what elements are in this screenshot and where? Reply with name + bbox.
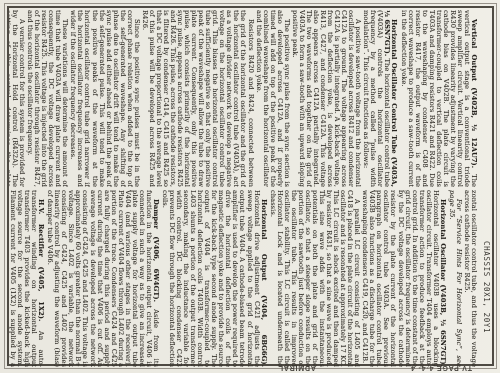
paragraph-text: A parallel LC circuit consisting of L405…	[269, 190, 362, 367]
paragraph-damper: Damper (V406, 6W4GT). Aside from its fun…	[46, 190, 159, 367]
paragraph-text: Resistors R420 and R424, connected betwe…	[141, 10, 255, 187]
chassis-label: CHASSIS 20X1, 20Y1	[482, 241, 491, 361]
paragraph-variations: These variations will determine the amou…	[26, 10, 68, 187]
paragraph-text: A vernier control for this system is pro…	[9, 10, 26, 187]
paragraph-positive-sync-pulse: The positive sync pulse from the sync se…	[255, 10, 290, 187]
paragraph-horizontal-output: Horizontal Output (V404, 6BG6G). Horizon…	[161, 190, 267, 367]
paragraph-text: Aside from its function in the horizonta…	[46, 190, 160, 367]
scanned-manual-page: CHASSIS 20X1, 20Y1 TV PAGE 4-4- 4 ADMIRA…	[0, 0, 500, 373]
heading-damper: Damper (V406, 6W4GT).	[152, 199, 160, 302]
paragraph-sawtooth-voltage: A positive saw-tooth voltage from the ho…	[291, 10, 361, 187]
note-text: For “Service Hints For Horizontal Sync”,…	[448, 190, 463, 367]
paragraph-vertical-output: Vertical Output (V402B, ½ 12AU7). The ve…	[399, 10, 477, 187]
paragraph-text: zontal oscillator control tube, and thus…	[463, 190, 477, 367]
service-hints-note: For “Service Hints For Horizontal Sync”,…	[448, 190, 462, 367]
paragraph-text: Horizontal drive adjustment C421 adjusts…	[161, 190, 261, 367]
paragraph-horiz-osc-control-tube: Horizontal Oscillator Control Tube (V403…	[362, 10, 397, 187]
left-column: Vertical Output (V402B, ½ 12AU7). The ve…	[9, 10, 477, 187]
paragraph-continuation: zontal oscillator control tube, and thus…	[463, 190, 477, 367]
paragraph-hv-rectifier: H.V. Rectifier (V405, 1X2). An auto-tran…	[9, 190, 44, 367]
paragraph-text: The vertical output stage is a conventio…	[400, 10, 477, 187]
heading-hv-rectifier: H.V. Rectifier (V405, 1X2).	[37, 199, 45, 321]
heading-vertical-output: Vertical Output (V402B, ½ 12AU7).	[470, 19, 477, 168]
right-column: zontal oscillator control tube, and thus…	[9, 190, 477, 367]
paragraph-text: These variations will determine the amou…	[26, 10, 69, 187]
paragraph-text: The positive sync pulse from the sync se…	[255, 10, 291, 187]
rotated-page: CHASSIS 20X1, 20Y1 TV PAGE 4-4- 4 ADMIRA…	[0, 0, 500, 373]
paragraph-text: A positive saw-tooth voltage from the ho…	[291, 10, 362, 187]
paragraph-text: Since the positive sync pulses must be i…	[69, 10, 140, 187]
paragraph-vernier-control: A vernier control for this system is pro…	[9, 10, 25, 187]
paragraph-lc-circuit: A parallel LC circuit consisting of L405…	[269, 190, 361, 367]
paragraph-resistors-divider: Resistors R420 and R424, connected betwe…	[141, 10, 254, 187]
heading-horizontal-oscillator: Horizontal Oscillator (V403B, ½ 6SN7GT).	[439, 199, 447, 367]
paragraph-horizontal-oscillator: Horizontal Oscillator (V403B, ½ 6SN7GT).…	[361, 190, 446, 367]
paragraph-phase-relation: Since the positive sync pulses must be i…	[69, 10, 139, 187]
paragraph-text: Horizontal oscillator V403B uses a block…	[361, 190, 439, 367]
